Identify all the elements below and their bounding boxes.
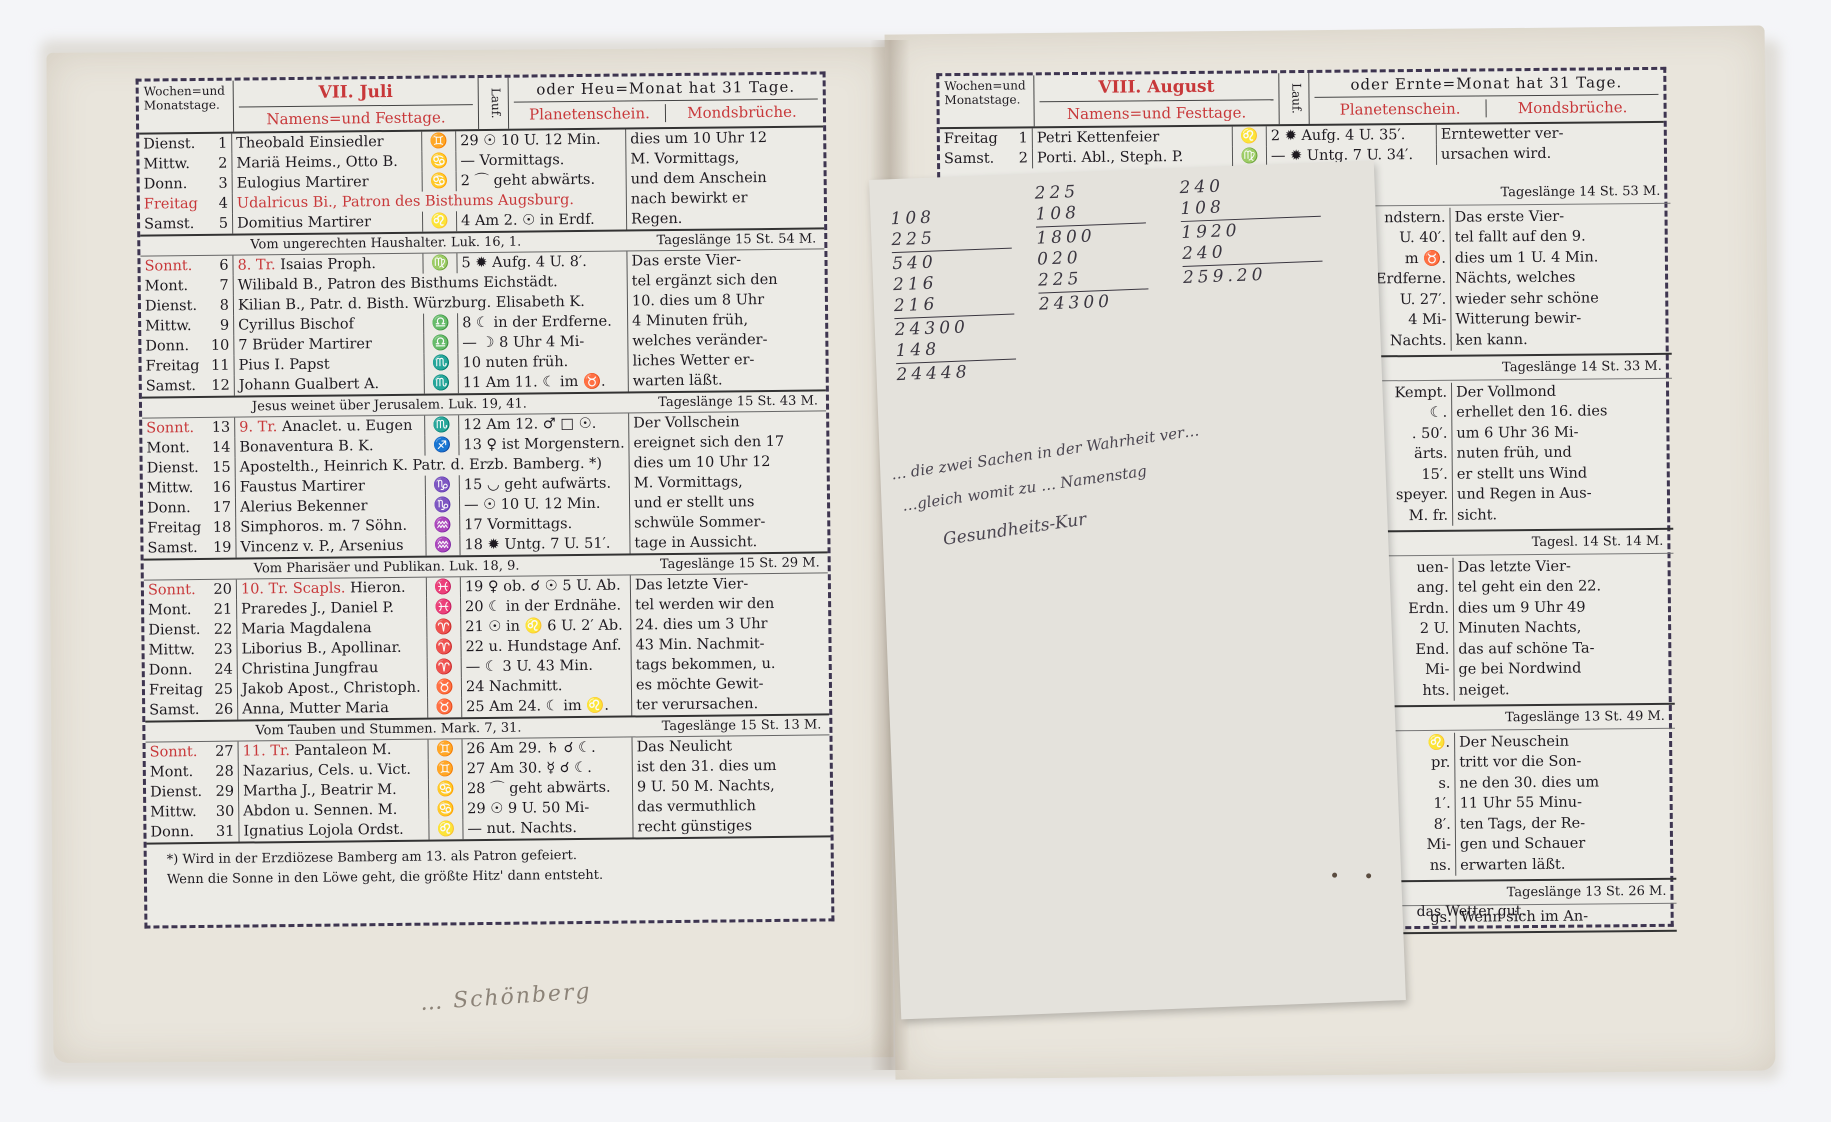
zodiac-sign-icon: ♍ <box>423 253 457 273</box>
moon-phase-note: ereignet sich den 17 <box>629 431 826 453</box>
day-number: 16 <box>208 478 236 498</box>
calc-line: 24448 <box>896 360 1017 386</box>
moon-phase-note: dies um 10 Uhr 12 <box>630 451 827 473</box>
moon-phase-note: Das Neulicht <box>632 735 829 757</box>
planet-note: 11 Am 11. ☾ im ♉. <box>459 371 629 393</box>
weekday: Mittw. <box>143 478 208 499</box>
weekday: Samst. <box>940 149 1005 170</box>
week-block-fragment: Tageslänge 14 St. 33 M.Kempt. ☾. . 50′. … <box>1372 355 1674 533</box>
month-subtitle: oder Ernte=Monat hat 31 Tage. <box>1314 73 1658 98</box>
almanac-july: Wochen=und Monatstage. VII. Juli Namens=… <box>136 71 835 928</box>
planet-note: 8 ☾ in der Erdferne. <box>458 311 628 333</box>
trinity-sunday: 10. Tr. Scapls. <box>241 580 350 597</box>
weekday: Sonnt. <box>140 256 205 277</box>
saint-name-text: Apostelth., Heinrich K. Patr. d. Erzb. B… <box>240 456 603 476</box>
zodiac-sign-icon: ♋ <box>429 779 463 799</box>
names-label: Namens=und Festtage. <box>239 105 473 128</box>
month-header: Wochen=und Monatstage. VIII. August Name… <box>939 70 1663 129</box>
weekdays-label: Wochen=und Monatstage. <box>939 75 1034 127</box>
saint-name-text: Simphoros. m. 7 Söhn. <box>240 518 407 536</box>
planet-note: 22 u. Hundstage Anf. <box>461 635 631 657</box>
planet-note: 27 Am 30. ☿ ☌ ☾. <box>463 757 633 779</box>
saint-name-text: Nazarius, Cels. u. Vict. <box>243 762 411 780</box>
weekday: Mont. <box>141 276 206 297</box>
day-number: 26 <box>210 700 238 720</box>
zodiac-sign-icon: ♊ <box>422 131 456 151</box>
day-length: Tagesl. 14 St. 14 M. <box>1373 532 1673 556</box>
saint-name: Praredes J., Daniel P. <box>237 598 427 620</box>
day-number: 13 <box>207 418 235 438</box>
day-number: 29 <box>211 782 239 802</box>
saint-name-text: Liborius B., Apollinar. <box>241 640 401 658</box>
zodiac-sign-icon: ♈ <box>427 617 461 637</box>
weekday: Freitag <box>145 680 210 701</box>
moon-phase-note: Das letzte Vier- <box>631 573 828 595</box>
moon-phase-note: es möchte Gewit- <box>632 673 829 695</box>
zodiac-sign-icon: ♐ <box>425 435 459 455</box>
saint-name-text: Eulogius Martirer <box>237 174 369 191</box>
weekday: Sonnt. <box>144 580 209 601</box>
zodiac-sign-icon: ♎ <box>424 333 458 353</box>
moon-phase-note: 10. dies um 8 Uhr <box>628 289 825 311</box>
loose-note-sheet[interactable]: 1082255402162162430014824448 22510818000… <box>869 161 1406 1020</box>
saint-name-text: Abdon u. Sennen. M. <box>243 802 397 820</box>
moon-phase-note: 43 Min. Nachmit- <box>631 633 828 655</box>
zodiac-sign-icon: ♋ <box>429 799 463 819</box>
zodiac-sign-icon: ♌ <box>423 211 457 231</box>
planet-note: 13 ♀ ist Morgenstern. <box>459 433 629 455</box>
zodiac-sign-icon: ♉ <box>428 697 462 717</box>
week-block: Dienst.1Theobald Einsiedler♊29 ☉ 10 U. 1… <box>139 127 824 236</box>
day-number: 1 <box>1005 128 1033 148</box>
saint-name-text: Mariä Heims., Otto B. <box>236 154 398 172</box>
moon-phase-note: Das erste Vier- tel fallt auf den 9. die… <box>1450 205 1671 350</box>
calculation-3: 2401081920240259.20 <box>1179 173 1323 289</box>
zodiac-sign-icon: ♒ <box>426 535 460 555</box>
saint-name: Christina Jungfrau <box>238 658 428 680</box>
weekday: Mittw. <box>144 640 209 661</box>
day-number: 5 <box>205 214 233 234</box>
saint-name-text: Johann Gualbert A. <box>239 376 379 393</box>
moon-phase-note: 9 U. 50 M. Nachts, <box>633 775 830 797</box>
weekday: Dienst. <box>141 296 206 317</box>
weekday: Mont. <box>144 600 209 621</box>
moon-phase-note: tage in Aussicht. <box>630 531 827 553</box>
planet-note: 20 ☾ in der Erdnähe. <box>461 595 631 617</box>
weekday: Freitag <box>143 518 208 539</box>
planet-note: 19 ♀ ob. ☌ ☉ 5 U. Ab. <box>461 575 631 597</box>
trinity-sunday: 8. Tr. <box>237 257 280 273</box>
moon-phase-note: schwüle Sommer- <box>630 511 827 533</box>
day-length: Tageslänge 15 St. 54 M. <box>656 232 816 249</box>
moon-phase-note: nach bewirkt er <box>627 187 824 209</box>
saint-name-text: Wilibald B., Patron des Bisthums Eichstä… <box>238 274 558 293</box>
day-number: 19 <box>208 538 236 558</box>
moon-phase-note: M. Vormittags, <box>630 471 827 493</box>
week-block: Jesus weinet über Jerusalem. Luk. 19, 41… <box>142 391 828 560</box>
planet-note: 25 Am 24. ☾ im ♌. <box>462 695 632 717</box>
day-length: Tageslänge 13 St. 26 M. <box>1376 882 1676 906</box>
day-number: 15 <box>208 458 236 478</box>
moon-phase-note: 4 Minuten früh, <box>628 309 825 331</box>
weekday: Freitag <box>140 194 205 215</box>
day-number: 17 <box>208 498 236 518</box>
footnotes: *) Wird in der Erzdiözese Bamberg am 13.… <box>147 837 832 896</box>
saint-name: Porti. Abl., Steph. P. <box>1033 147 1233 169</box>
saint-name-text: Udalricus Bi., Patron des Bisthums Augsb… <box>237 192 574 212</box>
zodiac-sign-icon: ♈ <box>427 637 461 657</box>
zodiac-sign-icon: ♋ <box>422 151 456 171</box>
moon-phase-note: ter verursachen. <box>632 693 829 715</box>
saint-name: Petri Kettenfeier <box>1033 127 1233 149</box>
pin-hole <box>1332 873 1337 878</box>
weekday: Mittw. <box>139 154 204 175</box>
moon-phase-note: Erntewetter ver- <box>1437 123 1664 145</box>
saint-name: Jakob Apost., Christoph. <box>238 678 428 700</box>
saint-name-text: Hieron. <box>350 580 406 597</box>
day-number: 2 <box>1005 148 1033 168</box>
saint-name-text: Jakob Apost., Christoph. <box>242 680 421 698</box>
block-text: Kempt. ☾. . 50′. ärts. 15′. speyer. M. f… <box>1372 380 1673 526</box>
saint-name: Nazarius, Cels. u. Vict. <box>239 760 429 782</box>
saint-name: Maria Magdalena <box>237 618 427 640</box>
saint-name: 10. Tr. Scapls. Hieron. <box>237 578 427 600</box>
gospel-reading: Vom Tauben und Stummen. Mark. 7, 31. <box>255 721 521 739</box>
day-number: 30 <box>211 802 239 822</box>
day-number: 14 <box>207 438 235 458</box>
month-title: VIII. August <box>1039 76 1273 102</box>
moon-phase-note: dies um 10 Uhr 12 <box>626 127 823 149</box>
trinity-sunday: 9. Tr. <box>239 419 282 435</box>
saint-name: Johann Gualbert A. <box>235 374 425 396</box>
day-number: 21 <box>209 600 237 620</box>
zodiac-sign-icon: ♎ <box>424 313 458 333</box>
saint-name-text: Ignatius Lojola Ordst. <box>243 822 403 840</box>
planet-note: 18 ✹ Untg. 7 U. 51′. <box>460 533 630 555</box>
day-number: 10 <box>206 336 234 356</box>
august-rows: Freitag1Petri Kettenfeier♌2 ✹ Aufg. 4 U.… <box>940 123 1664 169</box>
saint-name: 11. Tr. Pantaleon M. <box>239 740 429 762</box>
saint-name: 9. Tr. Anaclet. u. Eugen <box>235 416 425 438</box>
moon-phase-note: Das letzte Vier- tel geht ein den 22. di… <box>1454 555 1675 700</box>
saint-name-text: Cyrillus Bischof <box>238 316 354 333</box>
trinity-sunday: 11. Tr. <box>243 743 295 760</box>
moon-phase-note: Regen. <box>627 207 824 229</box>
saint-name: Martha J., Beatrir M. <box>239 780 429 802</box>
day-number: 28 <box>211 762 239 782</box>
planet-note: 29 ☉ 9 U. 50 Mi- <box>463 797 633 819</box>
moon-phase-note: tel werden wir den <box>631 593 828 615</box>
saint-name: Abdon u. Sennen. M. <box>239 800 429 822</box>
day-number: 8 <box>206 296 234 316</box>
lauf-label: Lauf. <box>1279 73 1309 124</box>
day-number: 31 <box>211 822 239 842</box>
saint-name-text: Praredes J., Daniel P. <box>241 600 394 618</box>
zodiac-sign-icon: ♊ <box>429 759 463 779</box>
week-block-fragment: Tageslänge 14 St. 53 M.ndstern. U. 40′. … <box>1370 180 1672 358</box>
day-length: Tageslänge 15 St. 29 M. <box>660 555 820 572</box>
day-number: 12 <box>207 376 235 396</box>
moon-phases-label: Mondsbrüche. <box>666 102 818 122</box>
block-text: ♌. pr. s. 1′. 8′. Mi- ns.Der Neuschein t… <box>1375 730 1676 876</box>
moon-phase-note: Das erste Vier- <box>627 249 824 271</box>
handwritten-line-1: … die zwei Sachen in der Wahrheit ver… <box>890 421 1200 483</box>
calc-line: 108 <box>1035 200 1146 225</box>
saint-name: Bonaventura B. K. <box>235 436 425 458</box>
day-length: Tageslänge 15 St. 43 M. <box>658 394 818 411</box>
moon-phase-note: tags bekommen, u. <box>632 653 829 675</box>
moon-phase-note: liches Wetter er- <box>628 349 825 371</box>
saint-name-text: Alerius Bekenner <box>240 498 368 515</box>
weekday: Samst. <box>142 376 207 397</box>
weekday: Donn. <box>145 660 210 681</box>
saint-name-text: Vincenz v. P., Arsenius <box>240 538 403 556</box>
saint-name: 7 Brüder Martirer <box>234 334 424 356</box>
day-number: 20 <box>209 580 237 600</box>
weeks-container: Dienst.1Theobald Einsiedler♊29 ☉ 10 U. 1… <box>139 127 830 844</box>
planet-note: 21 ☉ in ♌ 6 U. 2′ Ab. <box>461 615 631 637</box>
saint-name: Cyrillus Bischof <box>234 314 424 336</box>
month-title: VII. Juli <box>239 81 473 107</box>
block-text: ndstern. U. 40′. m ♉. Erdferne. U. 27′. … <box>1370 205 1671 351</box>
zodiac-sign-icon: ♏ <box>425 415 459 435</box>
saint-name-text: Faustus Martirer <box>240 478 365 495</box>
planet-note: 24 Nachmitt. <box>462 675 632 697</box>
day-number: 27 <box>211 742 239 762</box>
weekday: Donn. <box>140 174 205 195</box>
day-number: 9 <box>206 316 234 336</box>
month-header: Wochen=und Monatstage. VII. Juli Namens=… <box>139 74 824 134</box>
saint-name: Anna, Mutter Maria <box>238 698 428 720</box>
zodiac-sign-icon: ♒ <box>426 515 460 535</box>
moon-phase-note: M. Vormittags, <box>626 147 823 169</box>
saint-name: Theobald Einsiedler <box>232 132 422 154</box>
weekday: Freitag <box>940 129 1005 150</box>
planets-label: Planetenschein. <box>1315 99 1487 119</box>
moon-phase-note: welches veränder- <box>628 329 825 351</box>
saint-name: Pius I. Papst <box>234 354 424 376</box>
saint-name: Ignatius Lojola Ordst. <box>239 820 429 842</box>
planet-note: — ☽ 8 Uhr 4 Mi- <box>458 331 628 353</box>
planet-note: 15 ◡ geht aufwärts. <box>460 473 630 495</box>
day-number: 25 <box>210 680 238 700</box>
day-length: Tageslänge 14 St. 33 M. <box>1372 357 1672 381</box>
day-number: 22 <box>209 620 237 640</box>
weekday: Mittw. <box>146 802 211 823</box>
moon-phase-note: ist den 31. dies um <box>633 755 830 777</box>
weekday: Sonnt. <box>142 418 207 439</box>
saint-name-text: Christina Jungfrau <box>242 660 379 677</box>
calculation-2: 225108180002022524300 <box>1034 179 1149 315</box>
saint-name-text: Domitius Martirer <box>237 214 371 231</box>
calc-line: 225 <box>1038 266 1149 291</box>
calc-line: 259.20 <box>1183 263 1324 289</box>
planet-note: 4 Am 2. ☉ in Erdf. <box>457 209 627 231</box>
saint-name-text: Pius I. Papst <box>238 357 329 374</box>
week-block-fragment: Tagesl. 14 St. 14 M.uen- ang. Erdn. 2 U.… <box>1373 530 1675 708</box>
weekday: Donn. <box>143 498 208 519</box>
zodiac-sign-icon: ♋ <box>423 171 457 191</box>
day-number: 2 <box>204 154 232 174</box>
planet-note: — Vormittags. <box>456 150 626 172</box>
gospel-reading: Vom Pharisäer und Publikan. Luk. 18, 9. <box>254 559 520 577</box>
lauf-label: Lauf. <box>479 78 510 129</box>
saint-name: Faustus Martirer <box>236 476 426 498</box>
weekday: Dienst. <box>143 458 208 479</box>
weekday: Freitag <box>141 356 206 377</box>
moon-phase-note: recht günstiges <box>633 815 830 837</box>
weekday: Donn. <box>146 822 211 843</box>
saint-name: Eulogius Martirer <box>233 172 423 194</box>
zodiac-sign-icon: ♉ <box>428 677 462 697</box>
moon-phase-note: und dem Anschein <box>627 167 824 189</box>
day-number: 3 <box>205 174 233 194</box>
week-block: Vom ungerechten Haushalter. Luk. 16, 1.T… <box>140 229 826 398</box>
moon-phase-note: tel ergänzt sich den <box>628 269 825 291</box>
saint-name: Simphoros. m. 7 Söhn. <box>236 516 426 538</box>
weekday: Samst. <box>140 214 205 235</box>
day-number: 1 <box>204 134 232 154</box>
day-number: 11 <box>206 356 234 376</box>
august-visible-blocks: Tageslänge 14 St. 53 M.ndstern. U. 40′. … <box>1370 180 1677 935</box>
planet-note: 5 ✹ Aufg. 4 U. 8′. <box>457 251 627 273</box>
planet-note: 2 ⌒ geht abwärts. <box>457 169 627 191</box>
zodiac-sign-icon: ♓ <box>427 597 461 617</box>
planet-note: 26 Am 29. ♄ ☌ ☾. <box>463 737 633 759</box>
moon-phase-note: ursachen wird. <box>1437 143 1664 165</box>
saint-name-text: Martha J., Beatrir M. <box>243 782 397 800</box>
weekday: Dienst. <box>144 620 209 641</box>
block-text: uen- ang. Erdn. 2 U. End. Mi- hts.Das le… <box>1374 555 1675 701</box>
planet-note: 12 Am 12. ♂ □ ☉. <box>459 413 629 435</box>
moon-phase-note: und er stellt uns <box>630 491 827 513</box>
gospel-reading: Jesus weinet über Jerusalem. Luk. 19, 41… <box>252 397 527 415</box>
planet-note-fragment: ndstern. U. 40′. m ♉. Erdferne. U. 27′. … <box>1370 207 1451 351</box>
saint-name: Vincenz v. P., Arsenius <box>236 536 426 558</box>
month-subtitle: oder Heu=Monat hat 31 Tage. <box>514 77 818 102</box>
planet-note: 2 ✹ Aufg. 4 U. 35′. <box>1267 125 1437 146</box>
moon-phase-note: warten läßt. <box>629 369 826 391</box>
saint-name: Mariä Heims., Otto B. <box>232 152 422 174</box>
weekday: Donn. <box>141 336 206 357</box>
day-length: Tageslänge 15 St. 13 M. <box>662 717 822 734</box>
weekday: Mittw. <box>141 316 206 337</box>
saint-name: Liborius B., Apollinar. <box>237 638 427 660</box>
moon-phase-note: Der Neuschein tritt vor die Son- ne den … <box>1455 730 1676 875</box>
week-block: Vom Pharisäer und Publikan. Luk. 18, 9.T… <box>144 553 830 722</box>
planet-note: — ☉ 10 U. 12 Min. <box>460 493 630 515</box>
weekday: Mont. <box>142 438 207 459</box>
weekday: Dienst. <box>139 134 204 155</box>
moon-phases-label: Mondsbrüche. <box>1487 98 1659 118</box>
weekday: Mont. <box>146 762 211 783</box>
planet-note: — nut. Nachts. <box>463 817 633 839</box>
day-number: 6 <box>205 256 233 276</box>
saint-name: 8. Tr. Isaias Proph. <box>233 254 423 276</box>
moon-phase-note: das vermuthlich <box>633 795 830 817</box>
saint-name-text: Bonaventura B. K. <box>239 438 373 455</box>
saint-name: Domitius Martirer <box>233 212 423 234</box>
saint-name-text: Isaias Proph. <box>280 256 376 273</box>
pin-hole <box>1366 873 1371 878</box>
saint-name-text: Kilian B., Patr. d. Bisth. Würzburg. Eli… <box>238 294 585 314</box>
weekday: Samst. <box>143 538 208 559</box>
day-length: Tageslänge 13 St. 49 M. <box>1375 707 1675 731</box>
day-number: 4 <box>205 194 233 214</box>
planet-note: 10 nuten früh. <box>458 351 628 373</box>
planet-note: — ☾ 3 U. 43 Min. <box>462 655 632 677</box>
saint-name-text: Theobald Einsiedler <box>236 134 384 152</box>
saint-name-text: Maria Magdalena <box>241 620 371 637</box>
zodiac-sign-icon: ♏ <box>424 353 458 373</box>
saint-name-text: Anaclet. u. Eugen <box>282 418 413 435</box>
zodiac-sign-icon: ♊ <box>429 739 463 759</box>
day-number: 18 <box>208 518 236 538</box>
saint-name-text: Anna, Mutter Maria <box>242 700 389 718</box>
zodiac-sign-icon: ♑ <box>426 495 460 515</box>
saint-name-text: Pantaleon M. <box>294 742 391 759</box>
moon-phase-note: 24. dies um 3 Uhr <box>631 613 828 635</box>
planet-note: 28 ⌒ geht abwärts. <box>463 777 633 799</box>
saint-name-text: 7 Brüder Martirer <box>238 336 372 353</box>
day-length: Tageslänge 14 St. 53 M. <box>1370 182 1670 206</box>
names-label: Namens=und Festtage. <box>1040 100 1274 123</box>
planet-note: 29 ☉ 10 U. 12 Min. <box>456 130 626 152</box>
day-number: 24 <box>210 660 238 680</box>
week-block: Vom Tauben und Stummen. Mark. 7, 31.Tage… <box>145 715 830 844</box>
calc-line: 24300 <box>1039 290 1150 315</box>
moon-phase-note: Der Vollschein <box>629 411 826 433</box>
saint-name: Alerius Bekenner <box>236 496 426 518</box>
weekday: Dienst. <box>146 782 211 803</box>
weekday: Samst. <box>145 700 210 721</box>
zodiac-sign-icon: ♑ <box>426 475 460 495</box>
day-number: 23 <box>209 640 237 660</box>
planet-note: 17 Vormittags. <box>460 513 630 535</box>
zodiac-sign-icon: ♓ <box>427 577 461 597</box>
week-block-fragment: Tageslänge 13 St. 49 M.♌. pr. s. 1′. 8′.… <box>1375 705 1677 883</box>
zodiac-sign-icon: ♏ <box>425 373 459 393</box>
zodiac-sign-icon: ♈ <box>428 657 462 677</box>
august-footer-fragment: das Wetter gut. <box>1417 903 1526 920</box>
zodiac-sign-icon: ♍ <box>1233 146 1267 166</box>
planets-label: Planetenschein. <box>514 104 666 124</box>
calculation-1: 1082255402162162430014824448 <box>890 205 1017 386</box>
weekday: Sonnt. <box>146 742 211 763</box>
zodiac-sign-icon: ♌ <box>1233 126 1267 146</box>
day-number: 7 <box>206 276 234 296</box>
gospel-reading: Vom ungerechten Haushalter. Luk. 16, 1. <box>250 235 521 253</box>
zodiac-sign-icon: ♌ <box>429 819 463 839</box>
moon-phase-note: Der Vollmond erhellet den 16. dies um 6 … <box>1452 380 1673 525</box>
weekdays-label: Wochen=und Monatstage. <box>139 81 235 133</box>
handwritten-line-3: Gesundheits-Kur <box>942 509 1088 549</box>
